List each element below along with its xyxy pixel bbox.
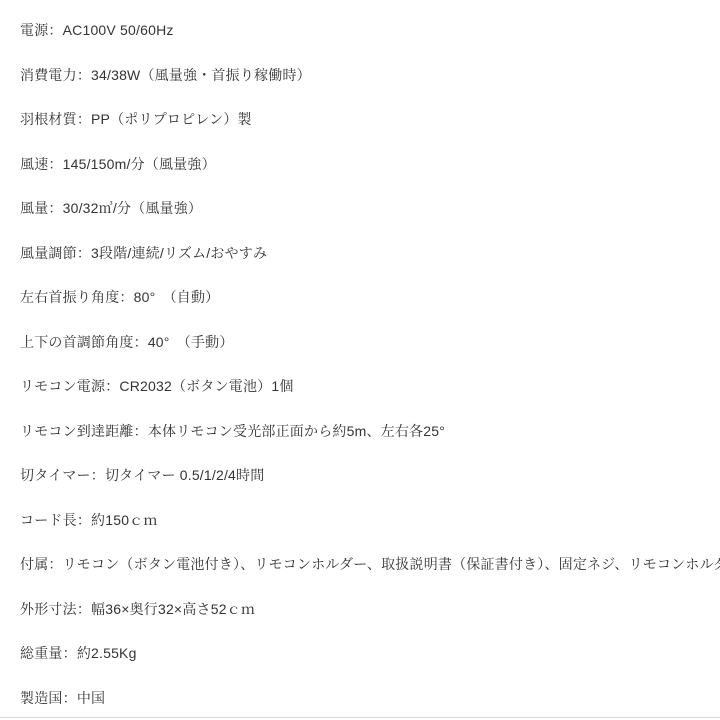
spec-value: 30/32㎥/分（風量強） (63, 200, 203, 216)
spec-row: 電源：AC100V 50/60Hz (20, 8, 700, 53)
spec-list: 電源：AC100V 50/60Hz 消費電力：34/38W（風量強・首振り稼働時… (0, 0, 720, 720)
spec-row-text: 製造国：中国 (20, 688, 105, 708)
spec-row: 風速：145/150m/分（風量強） (20, 142, 700, 187)
spec-value: 幅36×奥行32×高さ52ｃｍ (91, 601, 255, 617)
spec-row-text: 総重量：約2.55Kg (20, 643, 137, 663)
spec-row: 外形寸法：幅36×奥行32×高さ52ｃｍ (20, 587, 700, 632)
spec-separator: ： (119, 289, 133, 305)
spec-separator: ： (134, 423, 148, 439)
spec-separator: ： (91, 467, 105, 483)
spec-value: 約2.55Kg (77, 645, 137, 661)
spec-value: 本体リモコン受光部正面から約5m、左右各25° (148, 423, 445, 439)
spec-separator: ： (48, 156, 62, 172)
spec-label: 上下の首調節角度 (20, 334, 134, 350)
spec-separator: ： (48, 556, 62, 572)
spec-separator: ： (77, 67, 91, 83)
spec-label: 外形寸法 (20, 601, 77, 617)
spec-label: 風速 (20, 156, 48, 172)
spec-separator: ： (77, 512, 91, 528)
spec-row-text: 切タイマー：切タイマー 0.5/1/2/4時間 (20, 465, 264, 485)
spec-row-text: 風量：30/32㎥/分（風量強） (20, 198, 202, 218)
spec-separator: ： (63, 690, 77, 706)
spec-row-text: 電源：AC100V 50/60Hz (20, 20, 174, 40)
spec-separator: ： (48, 200, 62, 216)
spec-row: 消費電力：34/38W（風量強・首振り稼働時） (20, 53, 700, 98)
spec-row: 付属：リモコン（ボタン電池付き）、リモコンホルダー、取扱説明書（保証書付き）、固… (20, 542, 700, 587)
spec-row: 羽根材質：PP（ポリプロピレン）製 (20, 97, 700, 142)
spec-row-text: 上下の首調節角度：40° （手動） (20, 332, 234, 352)
spec-value: PP（ポリプロピレン）製 (91, 111, 252, 127)
spec-label: 製造国 (20, 690, 63, 706)
spec-value: リモコン（ボタン電池付き）、リモコンホルダー、取扱説明書（保証書付き）、固定ネジ… (63, 556, 720, 572)
spec-value: 40° （手動） (148, 334, 234, 350)
spec-row: 総重量：約2.55Kg (20, 631, 700, 676)
spec-row-text: 風速：145/150m/分（風量強） (20, 154, 216, 174)
spec-label: 風量調節 (20, 245, 77, 261)
spec-row: 左右首振り角度：80° （自動） (20, 275, 700, 320)
spec-label: リモコン到達距離 (20, 423, 134, 439)
spec-label: 風量 (20, 200, 48, 216)
spec-row-text: コード長：約150ｃｍ (20, 510, 158, 530)
spec-value: CR2032（ボタン電池）1個 (119, 378, 293, 394)
spec-row: リモコン電源：CR2032（ボタン電池）1個 (20, 364, 700, 409)
spec-separator: ： (63, 645, 77, 661)
spec-separator: ： (77, 111, 91, 127)
spec-value: 3段階/連続/リズム/おやすみ (91, 245, 267, 261)
spec-row-text: リモコン到達距離：本体リモコン受光部正面から約5m、左右各25° (20, 421, 445, 441)
spec-label: 左右首振り角度 (20, 289, 119, 305)
spec-separator: ： (77, 601, 91, 617)
spec-row-text: 外形寸法：幅36×奥行32×高さ52ｃｍ (20, 599, 255, 619)
spec-row: 製造国：中国 (20, 676, 700, 720)
spec-label: 電源 (20, 22, 48, 38)
spec-row-text: リモコン電源：CR2032（ボタン電池）1個 (20, 376, 294, 396)
spec-value: AC100V 50/60Hz (63, 22, 174, 38)
product-spec-page: 電源：AC100V 50/60Hz 消費電力：34/38W（風量強・首振り稼働時… (0, 0, 720, 720)
spec-row-text: 付属：リモコン（ボタン電池付き）、リモコンホルダー、取扱説明書（保証書付き）、固… (20, 554, 720, 574)
spec-label: 消費電力 (20, 67, 77, 83)
spec-value: 約150ｃｍ (91, 512, 158, 528)
spec-label: 総重量 (20, 645, 63, 661)
spec-value: 145/150m/分（風量強） (63, 156, 216, 172)
spec-row: 切タイマー：切タイマー 0.5/1/2/4時間 (20, 453, 700, 498)
spec-row: 風量：30/32㎥/分（風量強） (20, 186, 700, 231)
spec-label: コード長 (20, 512, 77, 528)
bottom-divider (0, 717, 720, 718)
spec-label: リモコン電源 (20, 378, 105, 394)
spec-value: 80° （自動） (134, 289, 220, 305)
spec-value: 34/38W（風量強・首振り稼働時） (91, 67, 311, 83)
spec-row: 風量調節：3段階/連続/リズム/おやすみ (20, 231, 700, 276)
spec-value: 中国 (77, 690, 105, 706)
spec-row-text: 羽根材質：PP（ポリプロピレン）製 (20, 109, 252, 129)
spec-row: 上下の首調節角度：40° （手動） (20, 320, 700, 365)
spec-label: 切タイマー (20, 467, 91, 483)
spec-row-text: 風量調節：3段階/連続/リズム/おやすみ (20, 243, 267, 263)
spec-separator: ： (77, 245, 91, 261)
spec-label: 羽根材質 (20, 111, 77, 127)
spec-separator: ： (48, 22, 62, 38)
spec-separator: ： (105, 378, 119, 394)
spec-value: 切タイマー 0.5/1/2/4時間 (105, 467, 265, 483)
spec-label: 付属 (20, 556, 48, 572)
spec-separator: ： (134, 334, 148, 350)
spec-row-text: 消費電力：34/38W（風量強・首振り稼働時） (20, 65, 311, 85)
spec-row-text: 左右首振り角度：80° （自動） (20, 287, 219, 307)
spec-row: コード長：約150ｃｍ (20, 498, 700, 543)
spec-row: リモコン到達距離：本体リモコン受光部正面から約5m、左右各25° (20, 409, 700, 454)
